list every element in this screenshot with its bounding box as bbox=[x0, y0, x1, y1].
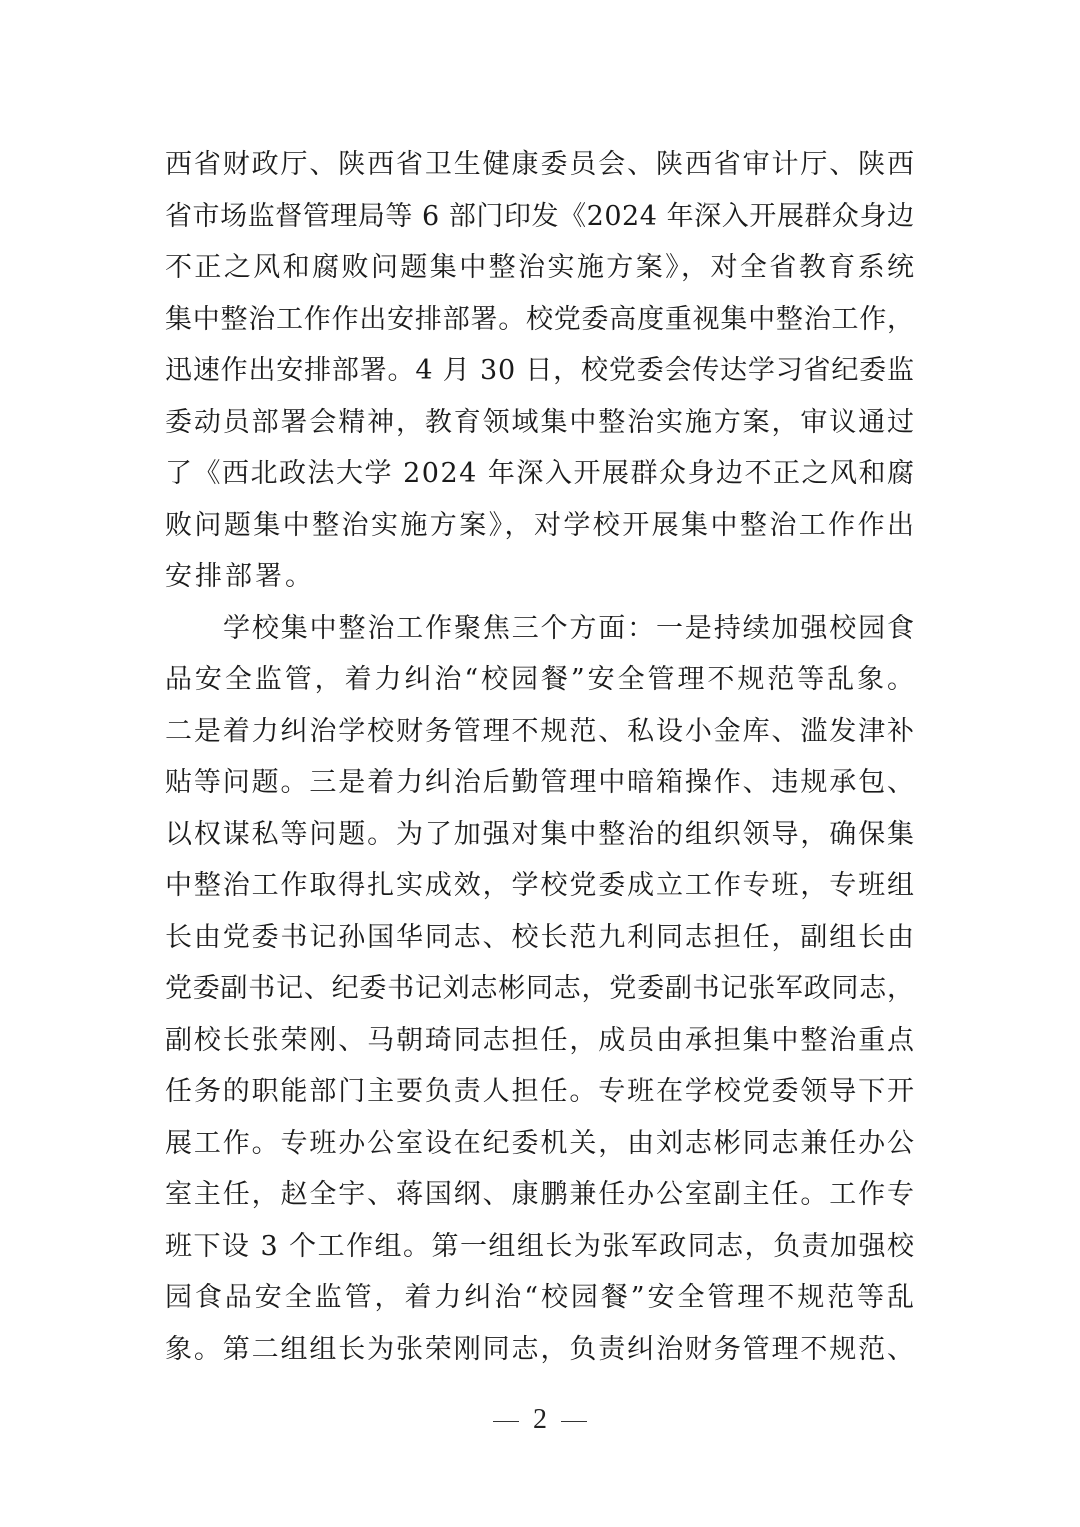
em-dash-left bbox=[493, 1421, 519, 1422]
paragraph-1-line-1: 西省财政厅、陕西省卫生健康委员会、陕西省审计厅、陕西 bbox=[165, 139, 914, 191]
paragraph-1-line-9: 安排部署。 bbox=[165, 551, 914, 603]
paragraph-2-line-14: 园食品安全监管，着力纠治“校园餐”安全管理不规范等乱 bbox=[165, 1272, 914, 1324]
body-text: 西省财政厅、陕西省卫生健康委员会、陕西省审计厅、陕西 省市场监督管理局等 6 部… bbox=[165, 139, 914, 1375]
paragraph-2-line-4: 贴等问题。三是着力纠治后勤管理中暗箱操作、违规承包、 bbox=[165, 757, 914, 809]
paragraph-2-line-1: 学校集中整治工作聚焦三个方面：一是持续加强校园食 bbox=[165, 603, 914, 655]
document-page: 西省财政厅、陕西省卫生健康委员会、陕西省审计厅、陕西 省市场监督管理局等 6 部… bbox=[0, 0, 1080, 1527]
paragraph-1-line-8: 败问题集中整治实施方案》，对学校开展集中整治工作作出 bbox=[165, 500, 914, 552]
paragraph-2-line-9: 副校长张荣刚、马朝琦同志担任，成员由承担集中整治重点 bbox=[165, 1015, 914, 1067]
paragraph-2-line-8: 党委副书记、纪委书记刘志彬同志，党委副书记张军政同志， bbox=[165, 963, 914, 1015]
paragraph-2-line-11: 展工作。专班办公室设在纪委机关，由刘志彬同志兼任办公 bbox=[165, 1118, 914, 1170]
paragraph-2-line-12: 室主任，赵全宇、蒋国纲、康鹏兼任办公室副主任。工作专 bbox=[165, 1169, 914, 1221]
paragraph-2-line-5: 以权谋私等问题。为了加强对集中整治的组织领导，确保集 bbox=[165, 809, 914, 861]
em-dash-right bbox=[561, 1421, 587, 1422]
paragraph-2-line-7: 长由党委书记孙国华同志、校长范九利同志担任，副组长由 bbox=[165, 912, 914, 964]
paragraph-1-line-6: 委动员部署会精神，教育领域集中整治实施方案，审议通过 bbox=[165, 397, 914, 449]
paragraph-2-line-3: 二是着力纠治学校财务管理不规范、私设小金库、滥发津补 bbox=[165, 706, 914, 758]
paragraph-1-line-4: 集中整治工作作出安排部署。校党委高度重视集中整治工作， bbox=[165, 294, 914, 346]
paragraph-2-line-15: 象。第二组组长为张荣刚同志，负责纠治财务管理不规范、 bbox=[165, 1324, 914, 1376]
page-footer: 2 bbox=[0, 1402, 1080, 1438]
paragraph-2-line-10: 任务的职能部门主要负责人担任。专班在学校党委领导下开 bbox=[165, 1066, 914, 1118]
page-number: 2 bbox=[533, 1404, 547, 1435]
paragraph-1-line-2: 省市场监督管理局等 6 部门印发《2024 年深入开展群众身边 bbox=[165, 191, 914, 243]
paragraph-1-line-3: 不正之风和腐败问题集中整治实施方案》，对全省教育系统 bbox=[165, 242, 914, 294]
paragraph-1-line-5: 迅速作出安排部署。4 月 30 日，校党委会传达学习省纪委监 bbox=[165, 345, 914, 397]
paragraph-2-line-2: 品安全监管，着力纠治“校园餐”安全管理不规范等乱象。 bbox=[165, 654, 914, 706]
paragraph-2-line-6: 中整治工作取得扎实成效，学校党委成立工作专班，专班组 bbox=[165, 860, 914, 912]
paragraph-1-line-7: 了《西北政法大学 2024 年深入开展群众身边不正之风和腐 bbox=[165, 448, 914, 500]
paragraph-2-line-13: 班下设 3 个工作组。第一组组长为张军政同志，负责加强校 bbox=[165, 1221, 914, 1273]
